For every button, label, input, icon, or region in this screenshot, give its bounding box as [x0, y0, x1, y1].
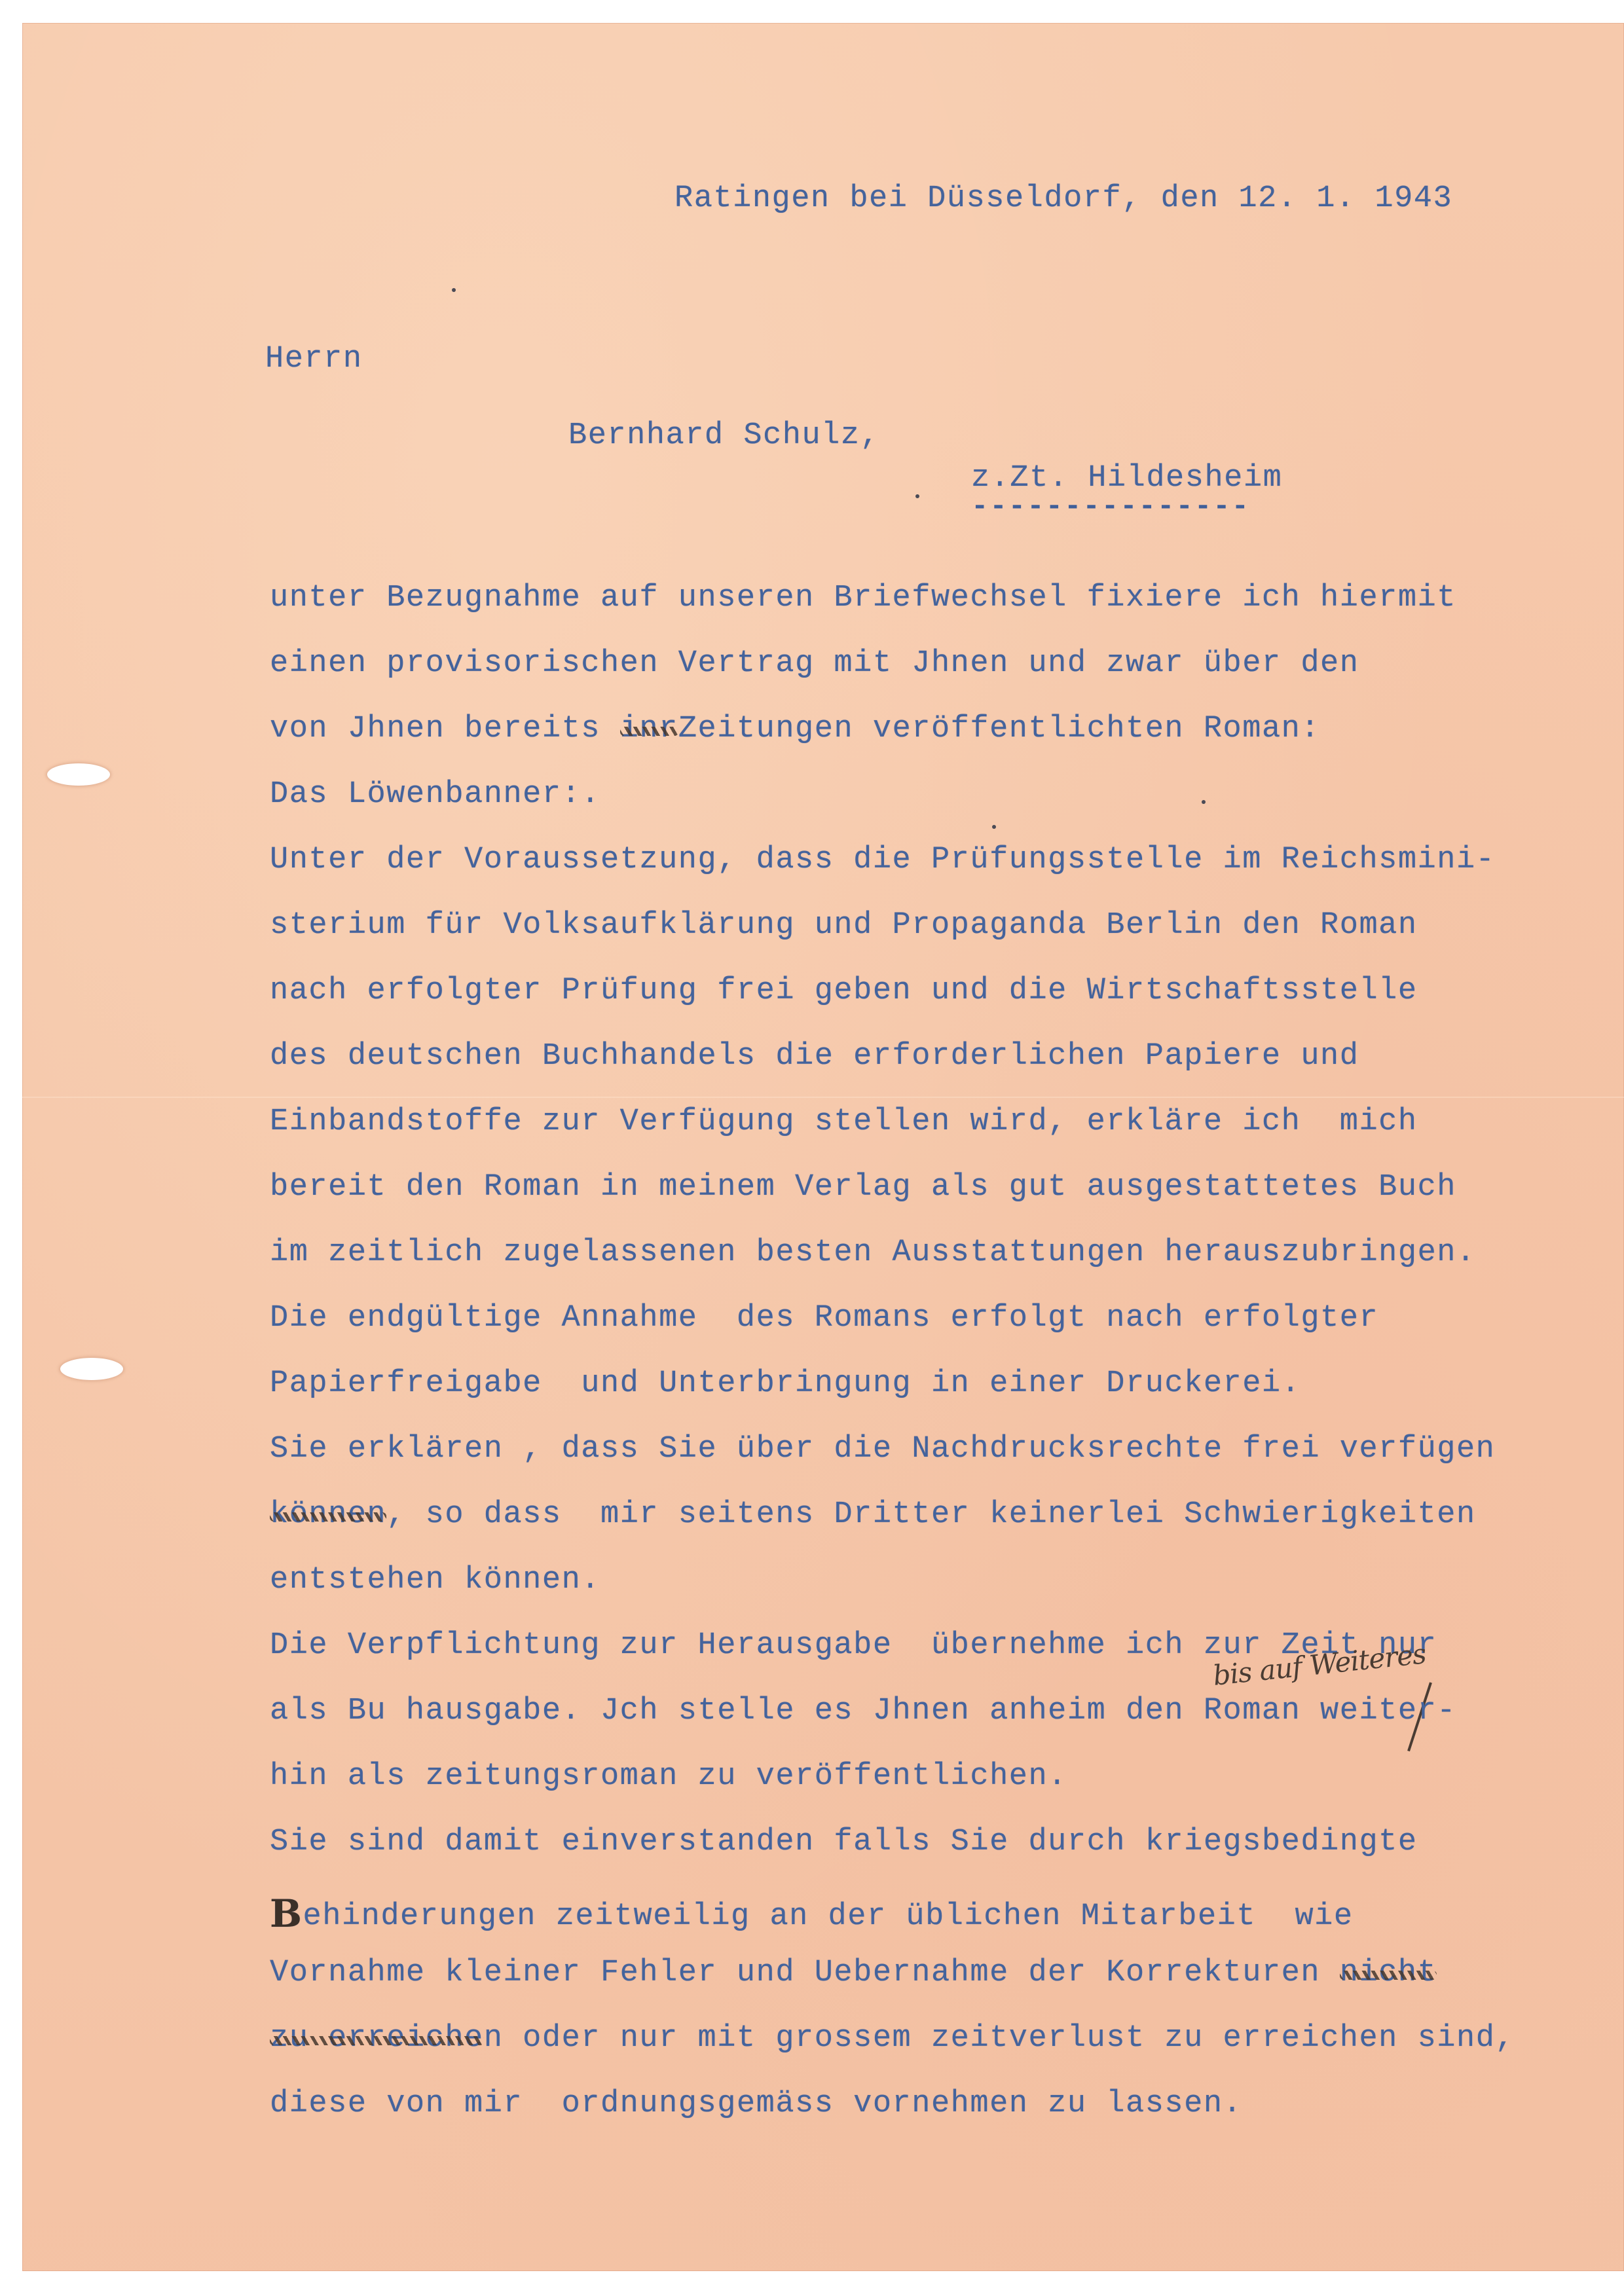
- recipient-salutation: Herrn: [265, 344, 363, 374]
- body-line-text: , so dass mir seitens Dritter keinerlei …: [386, 1497, 1475, 1532]
- body-line: Einbandstoffe zur Verfügung stellen wird…: [270, 1106, 1418, 1137]
- body-line: des deutschen Buchhandels die erforderli…: [270, 1041, 1359, 1072]
- body-line: im zeitlich zugelassenen besten Ausstatt…: [270, 1237, 1476, 1268]
- struck-word: können: [270, 1499, 386, 1530]
- body-line: hin als zeitungsroman zu veröffentlichen…: [270, 1761, 1067, 1792]
- struck-word: zu erreiche: [270, 2023, 484, 2054]
- body-line-text: von Jhnen bereits: [270, 712, 620, 746]
- recipient-location-underline: ---------------: [971, 492, 1250, 521]
- body-line: von Jhnen bereits inrZeitungen veröffent…: [270, 714, 1320, 744]
- struck-word: inr: [620, 714, 678, 744]
- ink-speck: [915, 494, 919, 498]
- body-line: entstehen können.: [270, 1565, 600, 1595]
- body-line: sterium für Volksaufklärung und Propagan…: [270, 910, 1418, 941]
- body-line: können, so dass mir seitens Dritter kein…: [270, 1499, 1476, 1530]
- body-line: nach erfolgter Prüfung frei geben und di…: [270, 975, 1418, 1006]
- body-line-text: Vornahme kleiner Fehler und Uebernahme d…: [270, 1956, 1340, 1990]
- body-line: Papierfreigabe und Unterbringung in eine…: [270, 1368, 1301, 1399]
- handwritten-initial: B: [270, 1891, 303, 1936]
- recipient-location: z.Zt. Hildesheim: [971, 463, 1282, 494]
- body-line: Vornahme kleiner Fehler und Uebernahme d…: [270, 1958, 1437, 1988]
- body-line: als Bu hausgabe. Jch stelle es Jhnen anh…: [270, 1696, 1456, 1726]
- body-line: Die endgültige Annahme des Romans erfolg…: [270, 1303, 1378, 1334]
- paper-fold-line: [22, 1097, 1624, 1098]
- punch-hole-top: [47, 763, 110, 786]
- struck-word: nicht: [1340, 1958, 1437, 1988]
- body-line: Sie sind damit einverstanden falls Sie d…: [270, 1827, 1418, 1857]
- body-line: diese von mir ordnungsgemäss vornehmen z…: [270, 2088, 1242, 2119]
- novel-title: Das Löwenbanner:.: [270, 779, 600, 810]
- body-line-text: n oder nur mit grossem zeitverlust zu er…: [484, 2021, 1515, 2056]
- body-line: bereit den Roman in meinem Verlag als gu…: [270, 1172, 1456, 1203]
- punch-hole-bottom: [60, 1358, 123, 1380]
- ink-speck: [452, 288, 456, 292]
- body-line: Behinderungen zeitweilig an der üblichen…: [270, 1892, 1354, 1932]
- recipient-name: Bernhard Schulz,: [568, 420, 879, 451]
- body-line-text: Zeitungen veröffentlichten Roman:: [678, 712, 1320, 746]
- body-line: Sie erklären , dass Sie über die Nachdru…: [270, 1434, 1495, 1465]
- place-date: Ratingen bei Düsseldorf, den 12. 1. 1943: [674, 183, 1452, 214]
- body-line: unter Bezugnahme auf unseren Briefwechse…: [270, 583, 1456, 613]
- body-line-text: ehinderungen zeitweilig an der üblichen …: [303, 1899, 1354, 1934]
- ink-speck: [992, 825, 996, 829]
- body-line: Unter der Voraussetzung, dass die Prüfun…: [270, 845, 1495, 875]
- body-line: zu erreichen oder nur mit grossem zeitve…: [270, 2023, 1515, 2054]
- ink-speck: [1202, 800, 1206, 804]
- body-line: einen provisorischen Vertrag mit Jhnen u…: [270, 648, 1359, 679]
